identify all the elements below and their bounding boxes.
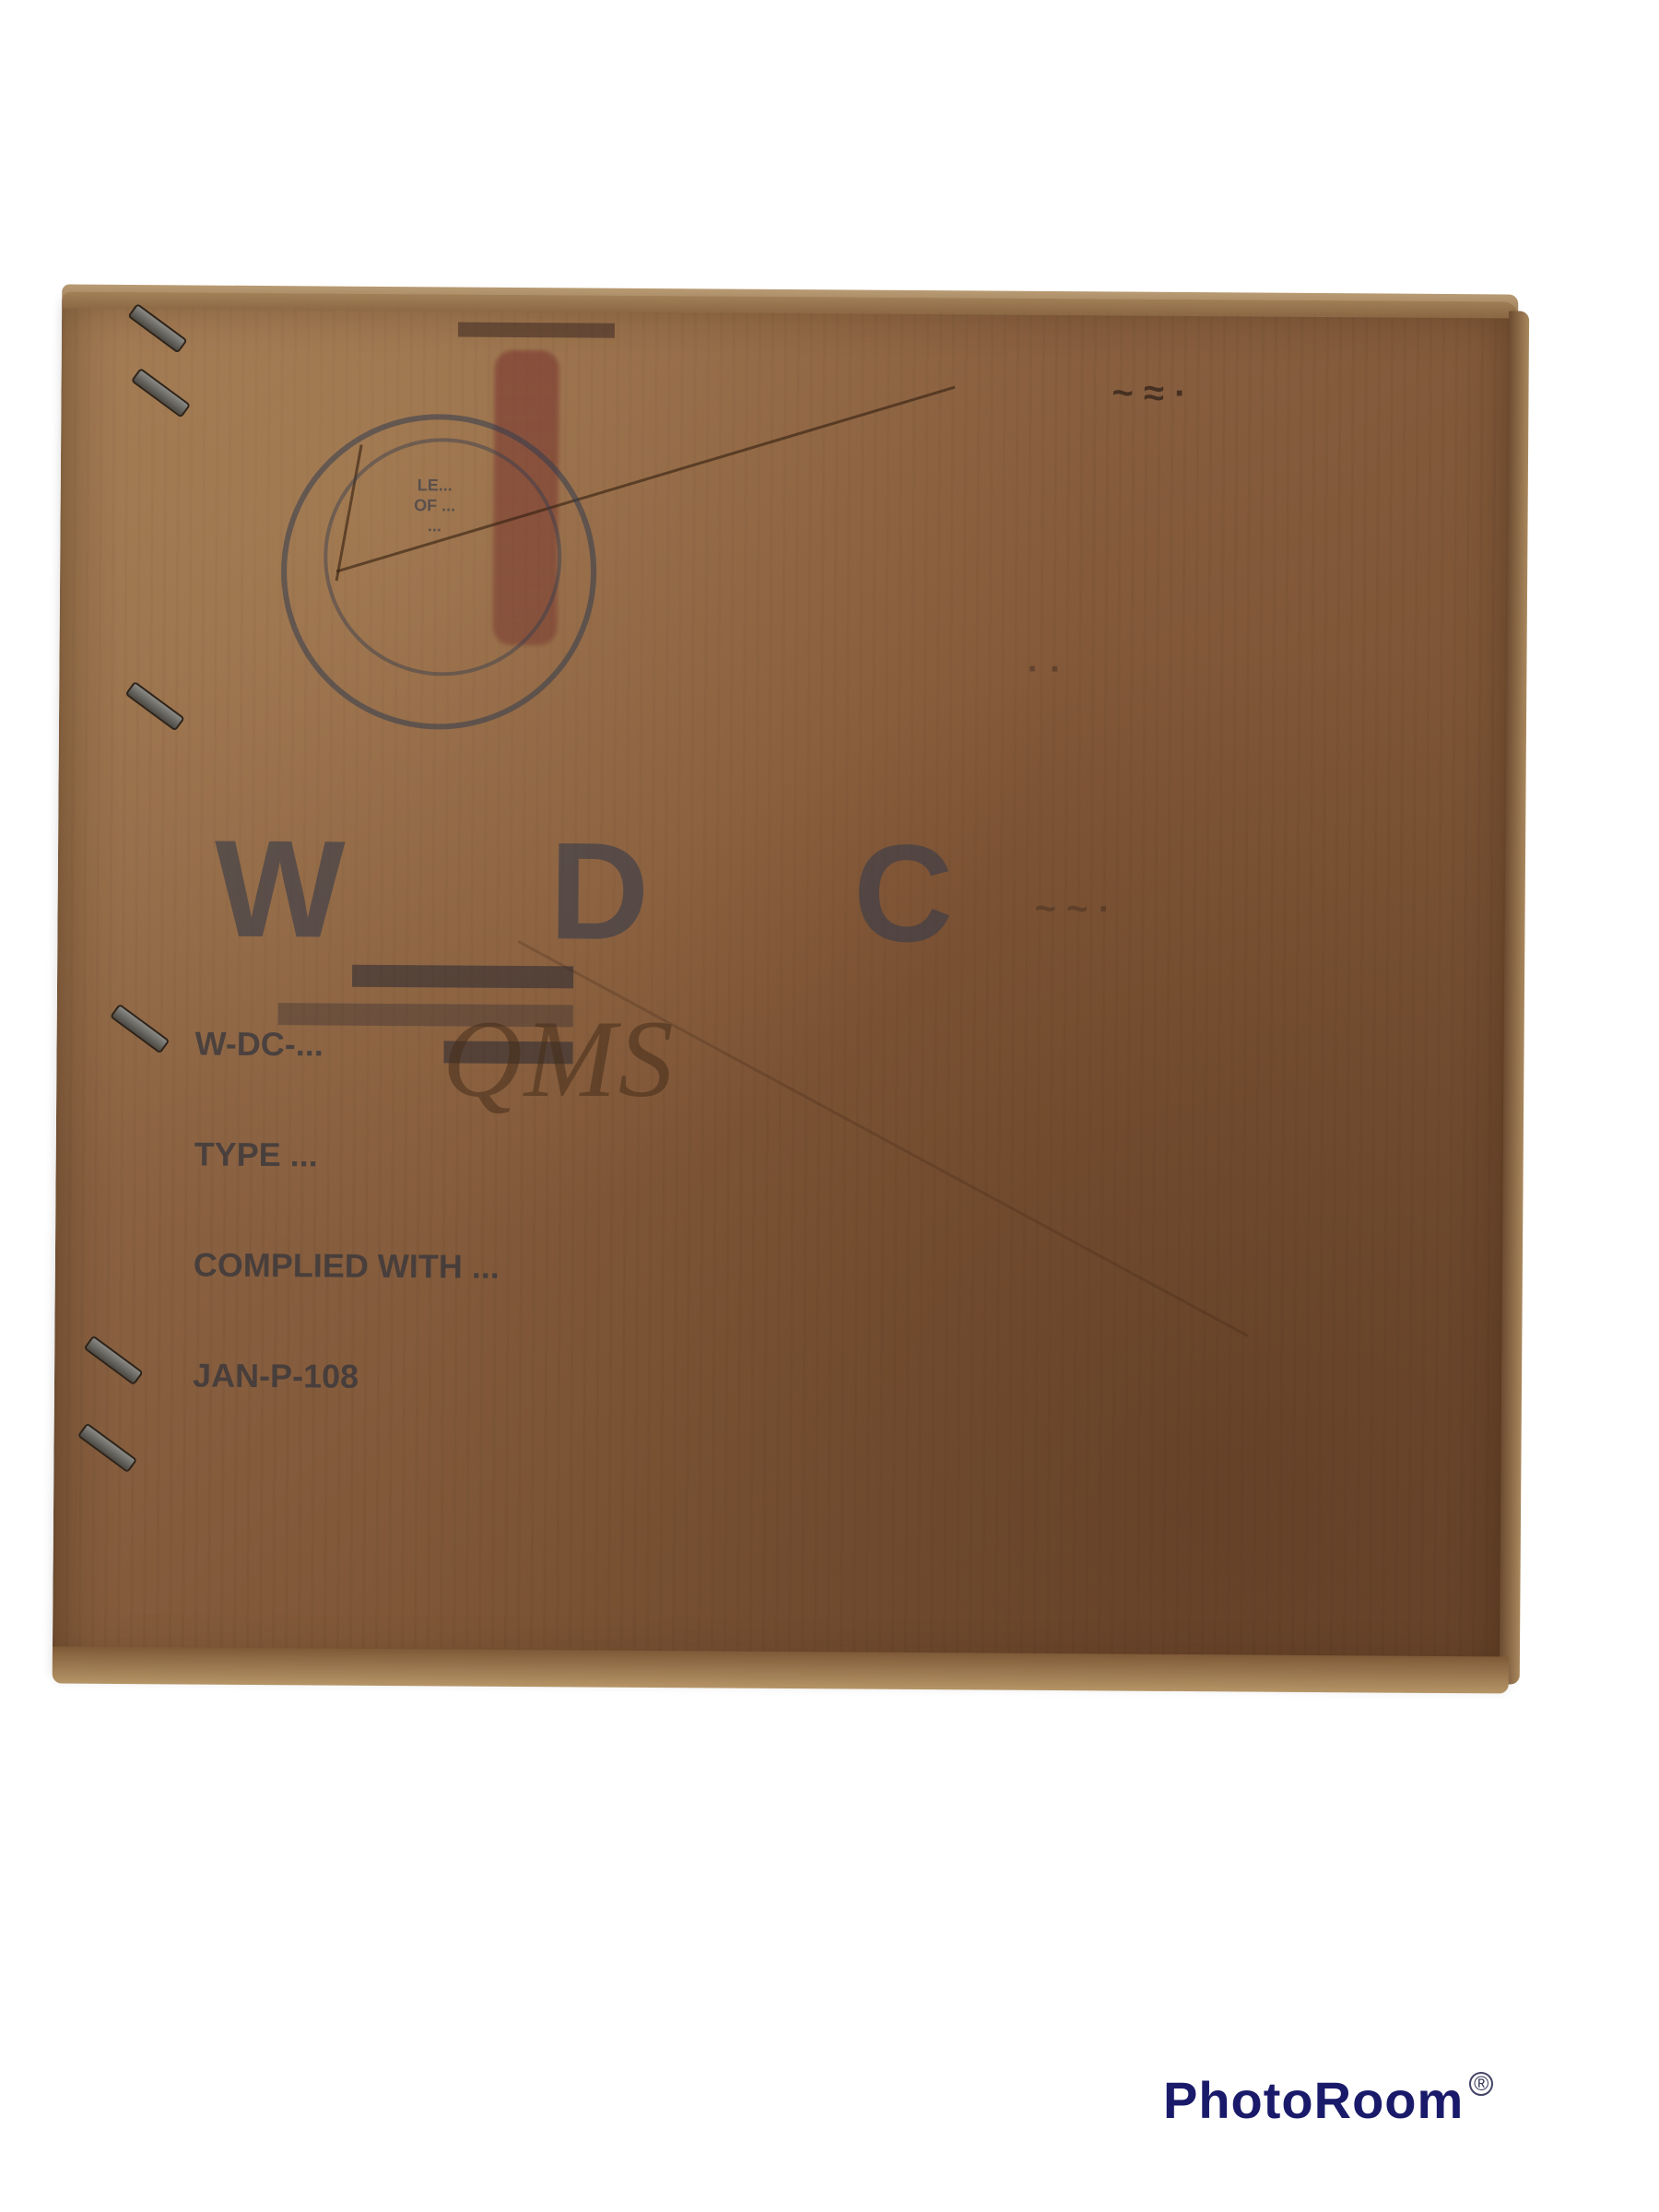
handwritten-marks: ~ ≈ · xyxy=(1112,372,1186,415)
staple-icon xyxy=(127,303,187,354)
circular-stamp: LE... OF ... ... xyxy=(280,413,597,730)
stamp-redaction-bar xyxy=(352,965,573,989)
handwritten-marks: · · xyxy=(1027,649,1062,690)
logo-text: PhotoRoom xyxy=(1163,2070,1464,2130)
tape-strip xyxy=(458,323,615,338)
stamp-line: TYPE ... xyxy=(194,1136,500,1175)
circular-stamp-inner-ring xyxy=(323,437,562,677)
staple-icon xyxy=(110,1004,170,1054)
circular-stamp-line: LE... xyxy=(361,475,509,496)
box-right-edge xyxy=(1500,311,1529,1684)
staple-icon xyxy=(77,1422,137,1473)
stamp-large-letters: W D C xyxy=(214,809,1037,974)
stamp-line: COMPLIED WITH ... xyxy=(194,1247,500,1286)
handwritten-marks: ~ ~ · xyxy=(1034,888,1111,931)
cardboard-box: LE... OF ... ... W D C W-DC-... TYPE ...… xyxy=(53,292,1518,1685)
staple-icon xyxy=(131,368,191,418)
box-bottom-edge xyxy=(53,1646,1509,1693)
stamp-line: JAN-P-108 xyxy=(193,1358,499,1396)
circular-stamp-line: OF ... xyxy=(361,495,509,516)
box-top-edge xyxy=(62,285,1518,319)
circular-stamp-line: ... xyxy=(360,515,508,536)
watermark-text: QMS xyxy=(442,995,676,1123)
staple-icon xyxy=(124,681,184,732)
photoroom-logo: PhotoRoom ® xyxy=(1163,2070,1493,2130)
staple-icon xyxy=(83,1335,143,1386)
registered-mark-icon: ® xyxy=(1469,2072,1493,2096)
circular-stamp-text: LE... OF ... ... xyxy=(360,475,508,536)
